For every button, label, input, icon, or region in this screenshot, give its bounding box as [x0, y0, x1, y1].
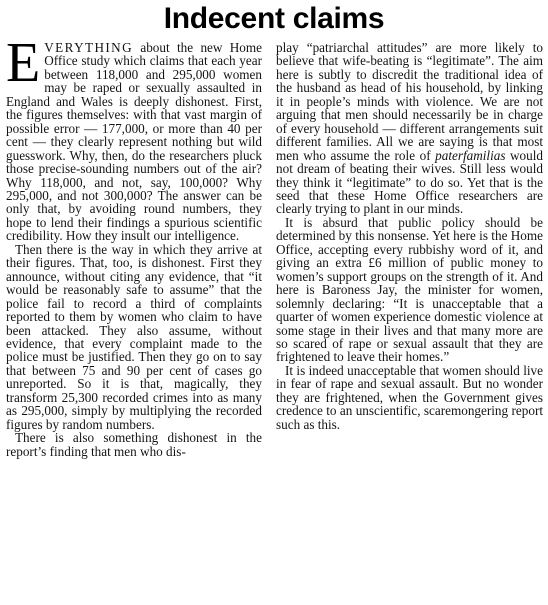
paragraph-5: It is indeed unacceptable that women sho… — [276, 364, 543, 431]
article-column-left: EVERYTHING about the new Home Office stu… — [6, 41, 262, 458]
paragraph-1: EVERYTHING about the new Home Office stu… — [6, 41, 262, 243]
paragraph-4: It is absurd that public policy should b… — [276, 216, 543, 364]
paragraph-3-start: There is also something dishonest in the… — [6, 431, 262, 458]
headline: Indecent claims — [0, 2, 548, 36]
paragraph-1-text: about the new Home Office study which cl… — [6, 40, 262, 243]
drop-cap: E — [6, 43, 40, 83]
article-column-right: play “patriarchal attitudes” are more li… — [276, 41, 543, 431]
paragraph-3-continued: play “patriarchal attitudes” are more li… — [276, 41, 543, 216]
paragraph-3-text-a: play “patriarchal attitudes” are more li… — [276, 40, 543, 163]
paragraph-2: Then there is the way in which they arri… — [6, 243, 262, 431]
